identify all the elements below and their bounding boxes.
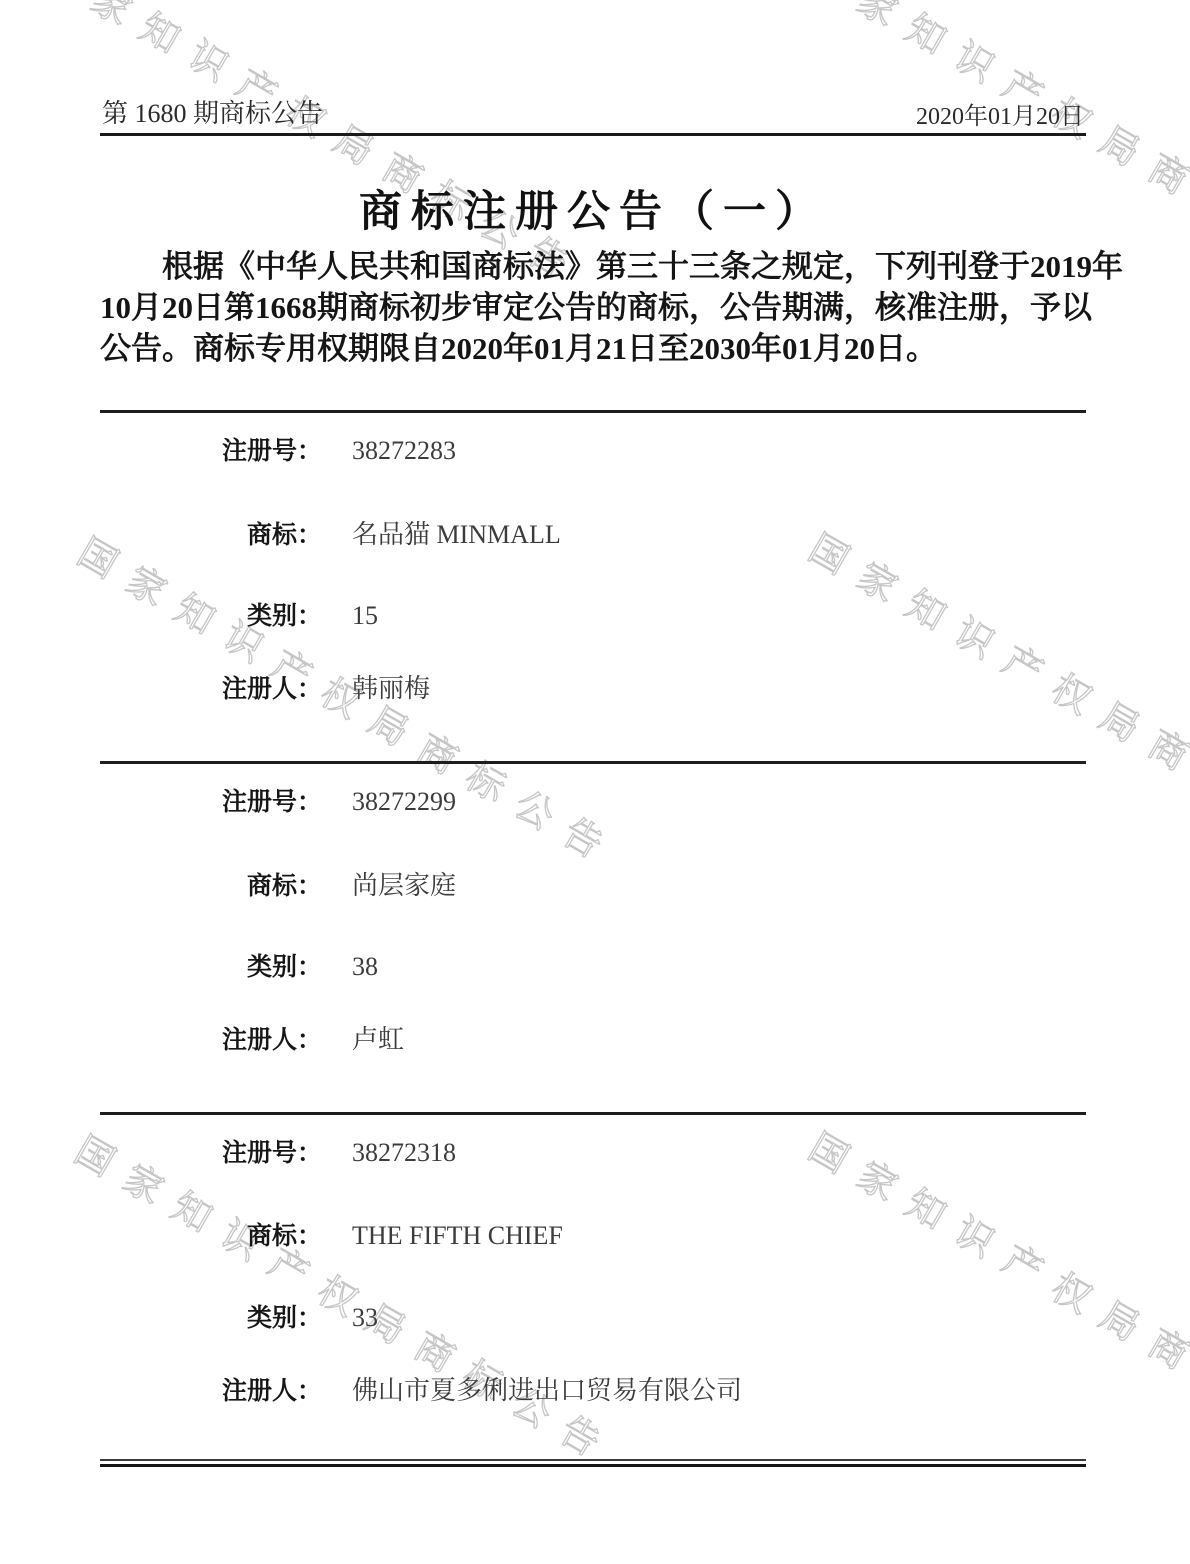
registration-no-row: 注册号： 38272318 bbox=[100, 1133, 456, 1169]
entry-list: 注册号： 38272283 商标： 名品猫 MINMALL 类别： 15 注册人… bbox=[100, 410, 1086, 1459]
registration-no-row: 注册号： 38272283 bbox=[100, 431, 456, 467]
registrant-row: 注册人： 韩丽梅 bbox=[100, 668, 430, 705]
category-value: 33 bbox=[352, 1303, 378, 1333]
registration-no-value: 38272318 bbox=[352, 1138, 456, 1168]
category-row: 类别： 33 bbox=[100, 1298, 378, 1334]
trademark-label: 商标： bbox=[100, 515, 322, 551]
trademark-entry: 注册号： 38272318 商标： THE FIFTH CHIEF 类别： 33… bbox=[100, 1112, 1086, 1459]
trademark-entry: 注册号： 38272299 商标： 尚层家庭 类别： 38 注册人： 卢虹 bbox=[100, 761, 1086, 1112]
trademark-value: 尚层家庭 bbox=[352, 865, 456, 902]
trademark-row: 商标： 名品猫 MINMALL bbox=[100, 514, 561, 551]
trademark-entry: 注册号： 38272283 商标： 名品猫 MINMALL 类别： 15 注册人… bbox=[100, 410, 1086, 761]
registrant-label: 注册人： bbox=[100, 1020, 322, 1056]
category-row: 类别： 15 bbox=[100, 596, 378, 632]
intro-line: 10月20日第1668期商标初步审定公告的商标，公告期满，核准注册，予以 bbox=[100, 287, 1090, 328]
page-title: 商标注册公告（一） bbox=[100, 178, 1086, 239]
category-value: 15 bbox=[352, 601, 378, 631]
header-issue-number: 第 1680 期商标公告 bbox=[102, 93, 323, 130]
registrant-value: 佛山市夏多俐进出口贸易有限公司 bbox=[352, 1370, 742, 1407]
trademark-row: 商标： THE FIFTH CHIEF bbox=[100, 1216, 563, 1252]
header-rule bbox=[100, 133, 1086, 136]
page-content: 第 1680 期商标公告 2020年01月20日 商标注册公告（一） 根据《中华… bbox=[100, 0, 1086, 1564]
registration-no-label: 注册号： bbox=[100, 782, 322, 818]
intro-line: 公告。商标专用权期限自2020年01月21日至2030年01月20日。 bbox=[100, 328, 1090, 369]
intro-line: 根据《中华人民共和国商标法》第三十三条之规定，下列刊登于2019年 bbox=[100, 246, 1090, 287]
category-value: 38 bbox=[352, 952, 378, 982]
registrant-label: 注册人： bbox=[100, 669, 322, 705]
registration-no-value: 38272299 bbox=[352, 787, 456, 817]
intro-paragraph: 根据《中华人民共和国商标法》第三十三条之规定，下列刊登于2019年 10月20日… bbox=[100, 246, 1090, 369]
bottom-rule bbox=[100, 1459, 1086, 1467]
category-row: 类别： 38 bbox=[100, 947, 378, 983]
registrant-label: 注册人： bbox=[100, 1371, 322, 1407]
category-label: 类别： bbox=[100, 1298, 322, 1334]
trademark-value: 名品猫 MINMALL bbox=[352, 514, 561, 551]
registrant-row: 注册人： 卢虹 bbox=[100, 1019, 404, 1056]
trademark-row: 商标： 尚层家庭 bbox=[100, 865, 456, 902]
trademark-value: THE FIFTH CHIEF bbox=[352, 1221, 563, 1251]
category-label: 类别： bbox=[100, 596, 322, 632]
registration-no-row: 注册号： 38272299 bbox=[100, 782, 456, 818]
registration-no-label: 注册号： bbox=[100, 1133, 322, 1169]
registration-no-label: 注册号： bbox=[100, 431, 322, 467]
trademark-label: 商标： bbox=[100, 1216, 322, 1252]
registration-no-value: 38272283 bbox=[352, 436, 456, 466]
registrant-value: 卢虹 bbox=[352, 1019, 404, 1056]
registrant-value: 韩丽梅 bbox=[352, 668, 430, 705]
category-label: 类别： bbox=[100, 947, 322, 983]
trademark-label: 商标： bbox=[100, 866, 322, 902]
header-date: 2020年01月20日 bbox=[916, 96, 1084, 131]
registrant-row: 注册人： 佛山市夏多俐进出口贸易有限公司 bbox=[100, 1370, 742, 1407]
gazette-page: 国家知识产权局商标公告 国家知识产权局商标公告 国家知识产权局商标公告 国家知识… bbox=[0, 0, 1190, 1564]
